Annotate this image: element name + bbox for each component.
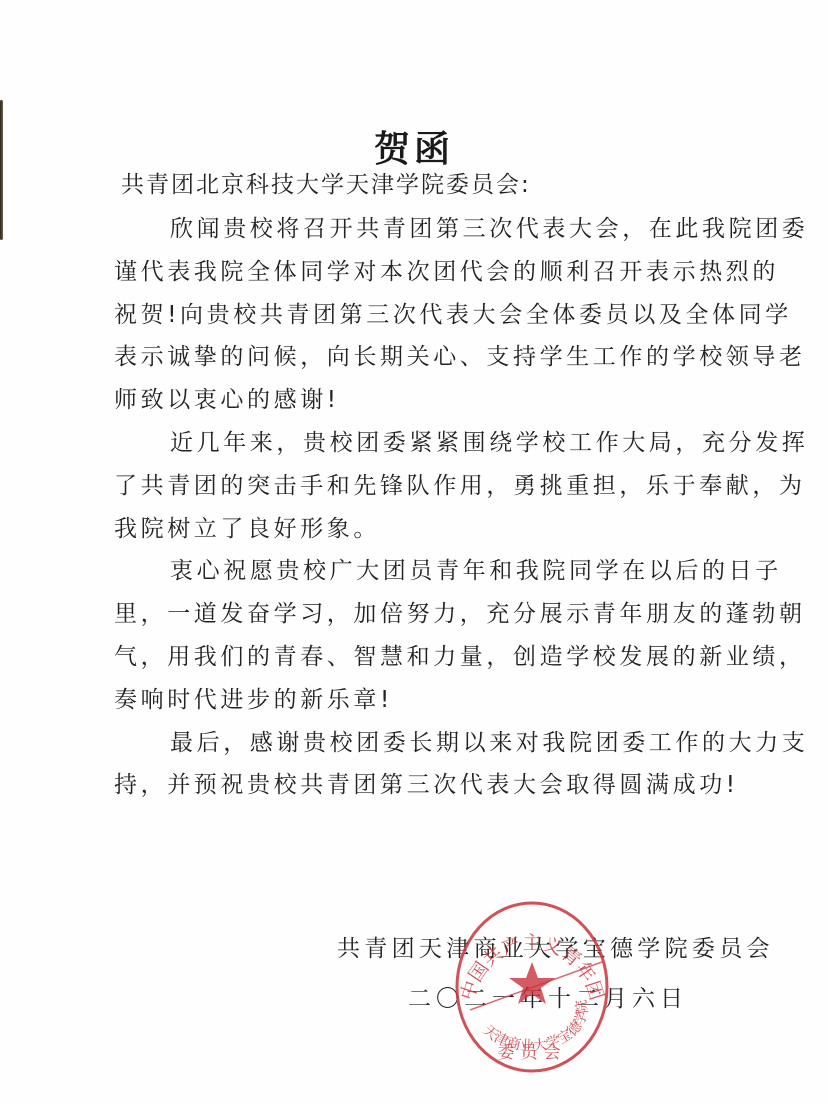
line: 了共青团的突击手和先锋队作用，勇挑重担，乐于奉献，为 — [114, 465, 714, 508]
paragraph-2: 近几年来，贵校团委紧紧围绕学校工作大局，充分发挥 了共青团的突击手和先锋队作用，… — [114, 422, 714, 550]
paragraph-4: 最后，感谢贵校团委长期以来对我院团委工作的大力支 持，并预祝贵校共青团第三次代表… — [114, 722, 714, 808]
signature-organization: 共青团天津商业大学宝德学院委员会 — [337, 934, 774, 964]
line: 近几年来，贵校团委紧紧围绕学校工作大局，充分发挥 — [114, 422, 714, 465]
line: 师致以衷心的感谢! — [114, 379, 714, 422]
line: 衷心祝愿贵校广大团员青年和我院同学在以后的日子 — [114, 550, 714, 593]
line: 持，并预祝贵校共青团第三次代表大会取得圆满成功! — [114, 764, 714, 807]
letter-body: 欣闻贵校将召开共青团第三次代表大会，在此我院团委 谨代表我院全体同学对本次团代会… — [114, 208, 714, 807]
signature-date: 二〇二一年十二月六日 — [408, 984, 688, 1014]
line: 最后，感谢贵校团委长期以来对我院团委工作的大力支 — [114, 722, 714, 765]
line: 表示诚挚的问候，向长期关心、支持学生工作的学校领导老 — [114, 336, 714, 379]
line: 祝贺!向贵校共青团第三次代表大会全体委员以及全体同学 — [114, 294, 714, 337]
letter-title: 贺函 — [0, 128, 828, 172]
line: 谨代表我院全体同学对本次团代会的顺利召开表示热烈的 — [114, 251, 714, 294]
line: 气，用我们的青春、智慧和力量，创造学校发展的新业绩， — [114, 636, 714, 679]
line: 欣闻贵校将召开共青团第三次代表大会，在此我院团委 — [114, 208, 714, 251]
salutation: 共青团北京科技大学天津学院委员会: — [121, 170, 531, 200]
line: 奏响时代进步的新乐章! — [114, 679, 714, 722]
line: 我院树立了良好形象。 — [114, 508, 714, 551]
paragraph-3: 衷心祝愿贵校广大团员青年和我院同学在以后的日子 里，一道发奋学习，加倍努力，充分… — [114, 550, 714, 721]
letter-page: 贺函 共青团北京科技大学天津学院委员会: 欣闻贵校将召开共青团第三次代表大会，在… — [0, 0, 828, 1104]
line: 里，一道发奋学习，加倍努力，充分展示青年朋友的蓬勃朝 — [114, 593, 714, 636]
paragraph-1: 欣闻贵校将召开共青团第三次代表大会，在此我院团委 谨代表我院全体同学对本次团代会… — [114, 208, 714, 422]
svg-text:委员会: 委员会 — [498, 1043, 567, 1063]
